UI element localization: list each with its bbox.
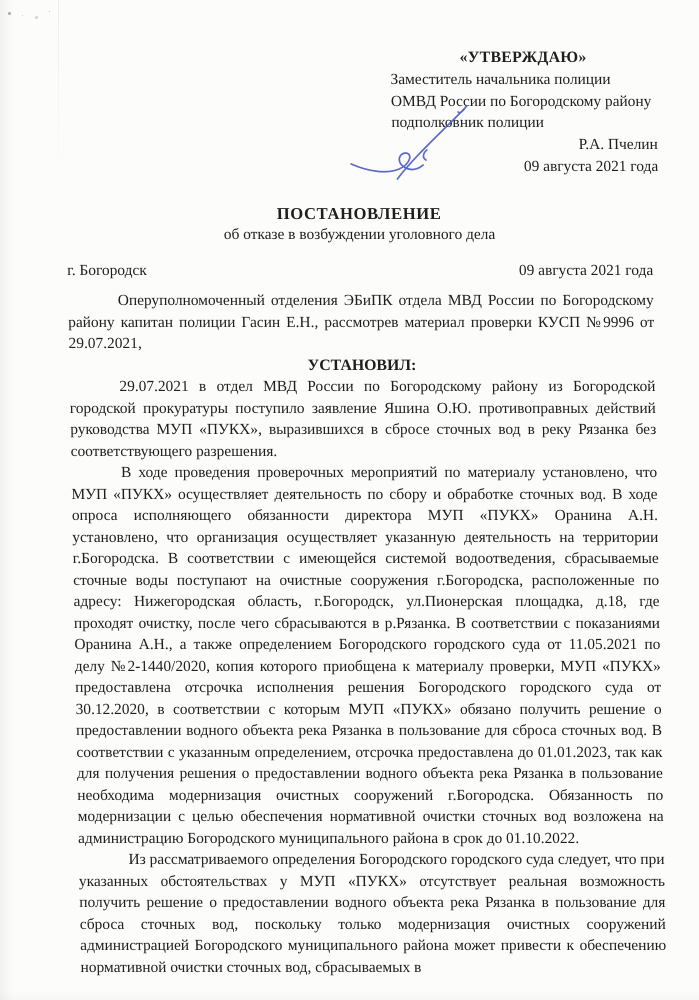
signer-name: Р.А. Пчелин [392, 134, 658, 156]
body-paragraph: В ходе проведения проверочных мероприяти… [71, 462, 664, 849]
approval-stamp: «УТВЕРЖДАЮ» [390, 47, 656, 69]
body-paragraph: Из рассматриваемого определения Богородс… [78, 849, 666, 978]
document-sheet: «УТВЕРЖДАЮ» Заместитель начальника полиц… [0, 0, 699, 1000]
document-date: 09 августа 2021 года [519, 262, 654, 280]
approval-line: подполковник полиции [391, 112, 657, 134]
document-title: ПОСТАНОВЛЕНИЕ [66, 204, 652, 224]
place-date-row: г. Богородск 09 августа 2021 года [67, 262, 653, 280]
scanned-document-page: «УТВЕРЖДАЮ» Заместитель начальника полиц… [0, 0, 699, 1000]
approval-line: ОМВД России по Богородскому району [391, 91, 657, 113]
intro-paragraph: Оперуполномоченный отделения ЭБиПК отдел… [68, 290, 655, 355]
body-paragraph: 29.07.2021 в отдел МВД России по Богород… [69, 376, 657, 462]
document-heading: ПОСТАНОВЛЕНИЕ об отказе в возбуждении уг… [66, 204, 653, 244]
approval-date: 09 августа 2021 года [392, 156, 658, 178]
approval-line: Заместитель начальника полиции [390, 69, 656, 91]
place-city: г. Богородск [67, 262, 147, 280]
approval-block: «УТВЕРЖДАЮ» Заместитель начальника полиц… [390, 47, 659, 178]
document-subtitle: об отказе в возбуждении уголовного дела [66, 226, 652, 244]
resolved-heading: УСТАНОВИЛ: [69, 355, 655, 377]
document-body: Оперуполномоченный отделения ЭБиПК отдел… [68, 290, 667, 978]
